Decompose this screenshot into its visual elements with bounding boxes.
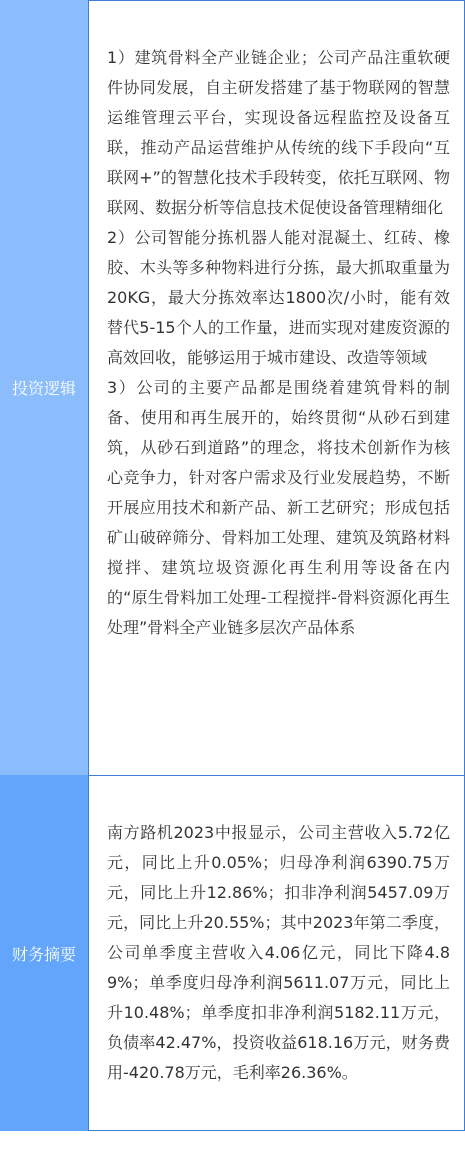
- row-label-investment-logic: 投资逻辑: [0, 0, 88, 775]
- investment-point-3: 3）公司的主要产品都是围绕着建筑骨料的制备、使用和再生展开的，始终贯彻“从砂石到…: [107, 373, 450, 643]
- row-content-investment-logic: 1）建筑骨料全产业链企业；公司产品注重软硬件协同发展，自主研发搭建了基于物联网的…: [88, 0, 465, 775]
- row-content-financial-summary: 南方路机2023中报显示，公司主营收入5.72亿元，同比上升0.05%；归母净利…: [88, 775, 465, 1131]
- table-row-investment-logic: 投资逻辑 1）建筑骨料全产业链企业；公司产品注重软硬件协同发展，自主研发搭建了基…: [0, 0, 465, 775]
- row-label-financial-summary: 财务摘要: [0, 775, 88, 1131]
- investment-point-2: 2）公司智能分拣机器人能对混凝土、红砖、橡胶、木头等多种物料进行分拣，最大抓取重…: [107, 223, 450, 373]
- info-table: 投资逻辑 1）建筑骨料全产业链企业；公司产品注重软硬件协同发展，自主研发搭建了基…: [0, 0, 465, 1131]
- financial-summary-text: 南方路机2023中报显示，公司主营收入5.72亿元，同比上升0.05%；归母净利…: [107, 818, 450, 1088]
- table-row-financial-summary: 财务摘要 南方路机2023中报显示，公司主营收入5.72亿元，同比上升0.05%…: [0, 775, 465, 1131]
- investment-point-1: 1）建筑骨料全产业链企业；公司产品注重软硬件协同发展，自主研发搭建了基于物联网的…: [107, 43, 450, 223]
